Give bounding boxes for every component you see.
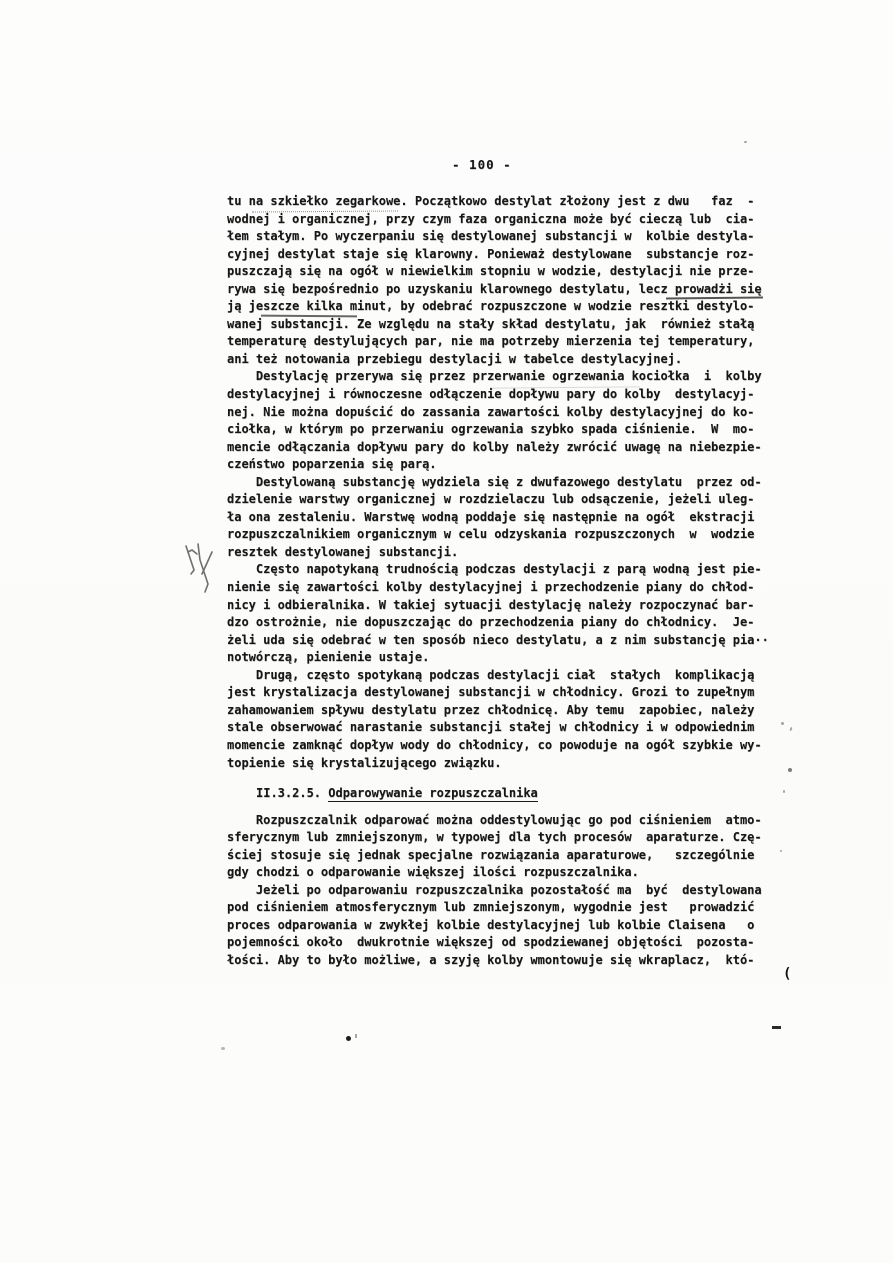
- text-column: tu na szkiełko zegarkowe. Początkowo des…: [227, 193, 767, 970]
- text-line: łości. Aby to było możliwe, a szyję kolb…: [227, 952, 767, 970]
- text-line: ciołka, w którym po przerwaniu ogrzewani…: [227, 421, 767, 439]
- section-heading-title: Odparowywanie rozpuszczalnika: [328, 786, 538, 802]
- text-line: Destylację przerywa się przez przerwanie…: [227, 368, 767, 386]
- text-line: jest krystalizacja destylowanej substanc…: [227, 684, 767, 702]
- text-line: nienie się zawartości kolby destylacyjne…: [227, 579, 767, 597]
- text-line: czeństwo poparzenia się parą.: [227, 456, 767, 474]
- text-line: Jeżeli po odparowaniu rozpuszczalnika po…: [227, 882, 767, 900]
- scan-speck: [780, 850, 782, 852]
- dash-mark: [772, 1026, 781, 1029]
- paragraph: Destylację przerywa się przez przerwanie…: [227, 368, 767, 473]
- text-line: dzo ostrożnie, nie dopuszczając do przec…: [227, 614, 767, 632]
- text-line: ściej stosuje się jednak specjalne rozwi…: [227, 847, 767, 865]
- text-line: resztek destylowanej substancji.: [227, 544, 767, 562]
- scan-speck: [788, 768, 792, 772]
- paragraph: Drugą, często spotykaną podczas destylac…: [227, 667, 767, 772]
- text-line: Często napotykaną trudnością podczas des…: [227, 561, 767, 579]
- scan-speck: [789, 727, 792, 731]
- text-line: pojemności około dwukrotnie większej od …: [227, 934, 767, 952]
- text-line: nicy i odbieralnika. W takiej sytuacji d…: [227, 597, 767, 615]
- text-line: rozpuszczalnikiem organicznym w celu odz…: [227, 526, 767, 544]
- paren-mark: (: [783, 966, 791, 982]
- text-line: zahamowaniem spływu destylatu przez chło…: [227, 702, 767, 720]
- paragraph: Destylowaną substancję wydziela się z dw…: [227, 474, 767, 562]
- text-line: rywa się bezpośrednio po uzyskaniu klaro…: [227, 281, 767, 299]
- text-line: Destylowaną substancję wydziela się z dw…: [227, 474, 767, 492]
- paragraph: tu na szkiełko zegarkowe. Początkowo des…: [227, 193, 767, 368]
- scan-speck: [221, 1047, 225, 1050]
- text-line: gdy chodzi o odparowanie większej ilości…: [227, 864, 767, 882]
- scan-speck: [744, 141, 747, 143]
- text-line: notwórczą, pienienie ustaje.: [227, 649, 767, 667]
- paragraph: Rozpuszczalnik odparować można oddestylo…: [227, 812, 767, 882]
- section-heading: II.3.2.5. Odparowywanie rozpuszczalnika: [227, 785, 767, 803]
- text-line: proces odparowania w zwykłej kolbie dest…: [227, 917, 767, 935]
- scan-speck: [781, 722, 784, 725]
- paragraph: Jeżeli po odparowaniu rozpuszczalnika po…: [227, 882, 767, 970]
- text-line: cyjnej destylat staje się klarowny. Poni…: [227, 246, 767, 264]
- ink-dot-mark: [346, 1036, 351, 1041]
- text-line: mencie odłączania dopływu pary do kolby …: [227, 439, 767, 457]
- text-line: dzielenie warstwy organicznej w rozdziel…: [227, 491, 767, 509]
- text-line: momencie zamknąć dopływ wody do chłodnic…: [227, 737, 767, 755]
- pencil-squiggle-mark: [178, 540, 226, 600]
- body-text-before-heading: tu na szkiełko zegarkowe. Początkowo des…: [227, 193, 767, 772]
- text-line: temperaturę destylujących par, nie ma po…: [227, 333, 767, 351]
- page-number: - 100 -: [452, 157, 512, 172]
- text-line: destylacyjnej i równoczesne odłączenie d…: [227, 386, 767, 404]
- scan-speck: [783, 790, 785, 793]
- text-line: ani też notowania przebiegu destylacji w…: [227, 351, 767, 369]
- section-heading-number: II.3.2.5.: [256, 786, 328, 800]
- text-line: puszczają się na ogół w niewielkim stopn…: [227, 263, 767, 281]
- ink-tick-mark: [355, 1034, 357, 1038]
- text-line: łem stałym. Po wyczerpaniu się destylowa…: [227, 228, 767, 246]
- text-line: ła ona zestaleniu. Warstwę wodną poddaje…: [227, 509, 767, 527]
- text-line: pod ciśnieniem atmosferycznym lub zmniej…: [227, 899, 767, 917]
- text-line: Rozpuszczalnik odparować można oddestylo…: [227, 812, 767, 830]
- text-line: stale obserwować narastanie substancji s…: [227, 719, 767, 737]
- scanned-page: - 100 - tu na szkiełko zegarkowe. Począt…: [0, 0, 893, 1263]
- text-line: sferycznym lub zmniejszonym, w typowej d…: [227, 829, 767, 847]
- text-line: wanej substancji. Ze względu na stały sk…: [227, 316, 767, 334]
- text-line: żeli uda się odebrać w ten sposób nieco …: [227, 632, 767, 650]
- text-line: nej. Nie można dopuścić do zassania zawa…: [227, 404, 767, 422]
- text-line: wodnej i organicznej, przy czym faza org…: [227, 211, 767, 229]
- text-line: topienie się krystalizującego związku.: [227, 755, 767, 773]
- text-line: Drugą, często spotykaną podczas destylac…: [227, 667, 767, 685]
- text-line: ją jeszcze kilka minut, by odebrać rozpu…: [227, 298, 767, 316]
- body-text-after-heading: Rozpuszczalnik odparować można oddestylo…: [227, 812, 767, 970]
- paragraph: Często napotykaną trudnością podczas des…: [227, 561, 767, 666]
